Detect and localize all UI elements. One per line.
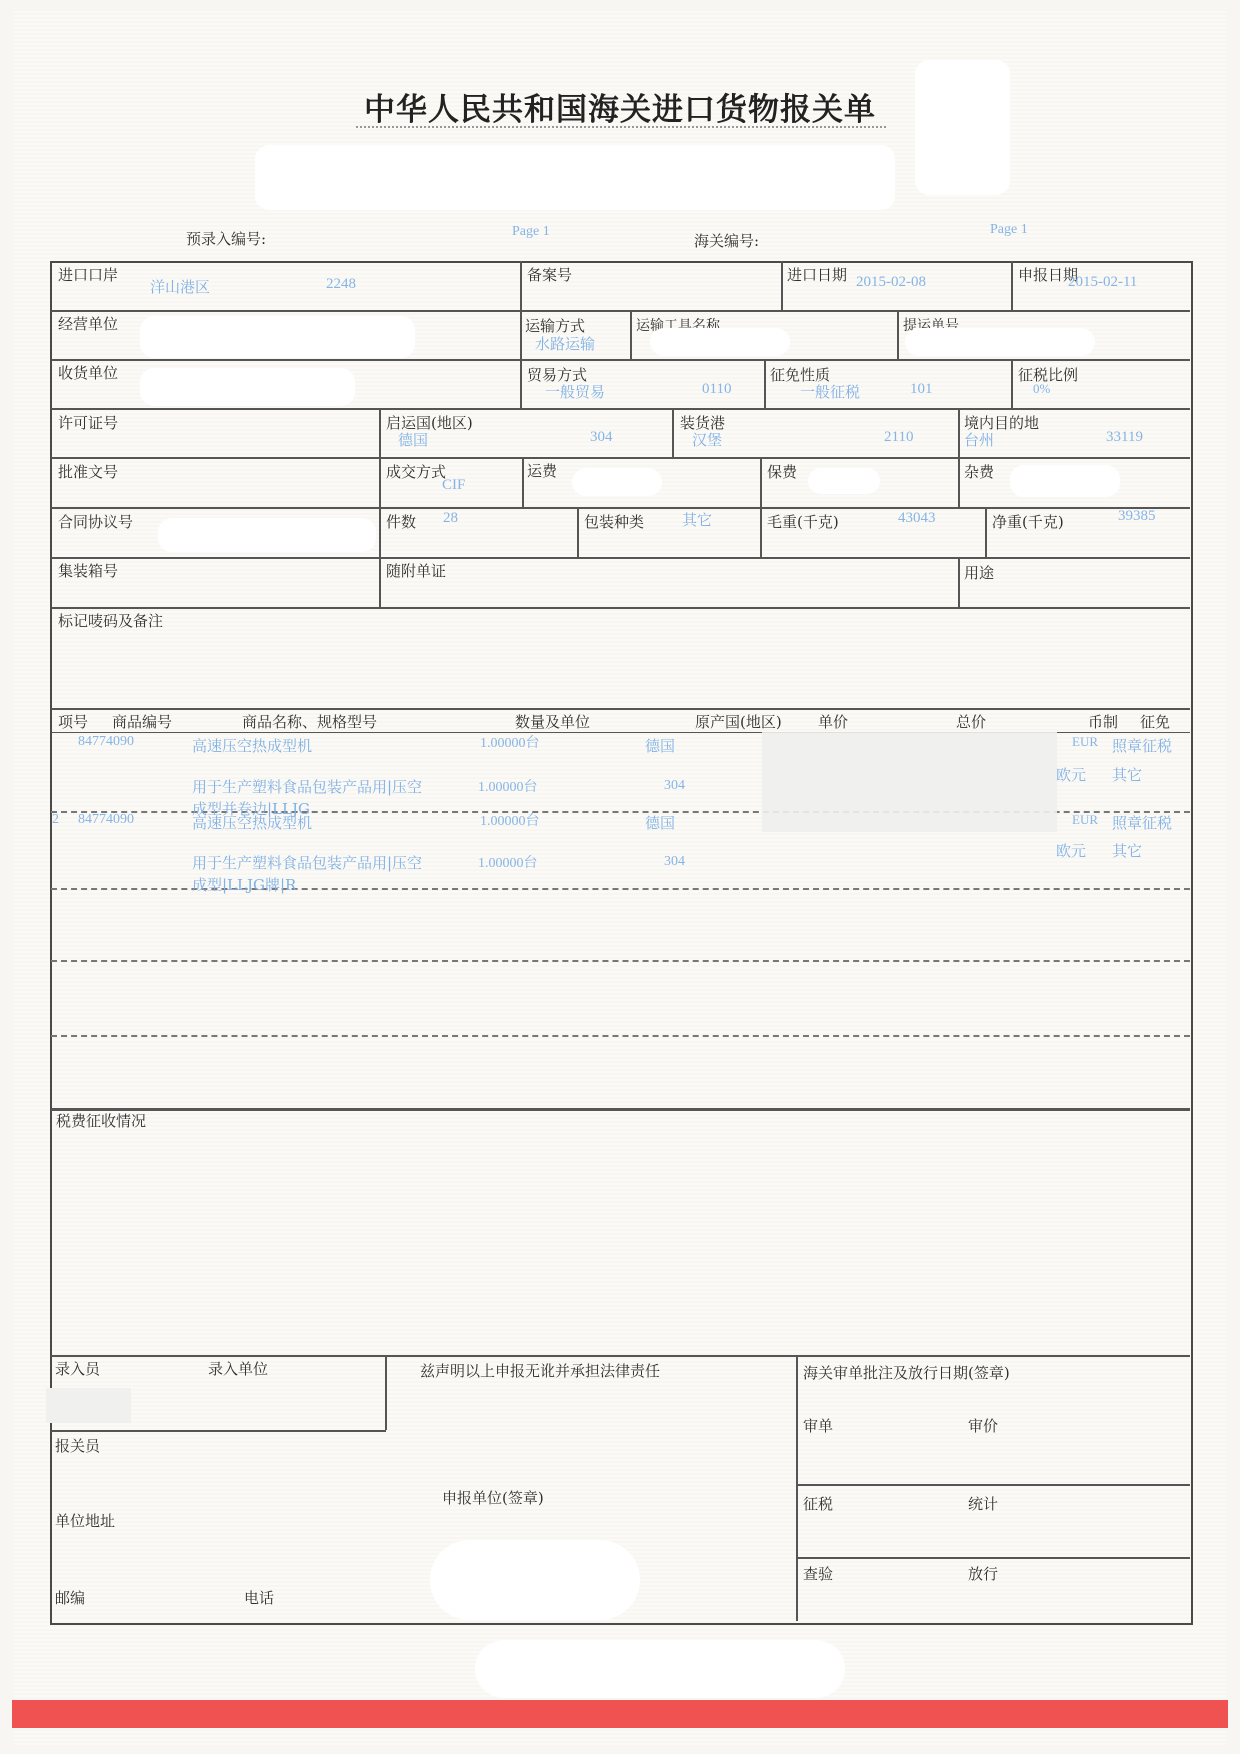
approval-no-label: 批准文号 <box>58 461 118 482</box>
insurance-label: 保费 <box>767 461 797 482</box>
col-divider <box>1011 261 1013 310</box>
trade-mode-value: 一般贸易 <box>545 381 605 402</box>
origin: 德国 <box>645 812 675 833</box>
quantity-2: 1.00000台 <box>478 776 538 796</box>
goods-spec: 用于生产塑料食品包装产品用|压空 <box>192 776 422 797</box>
col-divider <box>522 457 524 507</box>
redacted-freight <box>572 468 662 496</box>
redacted-block <box>915 60 1010 195</box>
redacted-consignee <box>140 368 355 406</box>
port-name: 洋山港区 <box>150 276 210 297</box>
packages-label: 件数 <box>386 511 416 532</box>
goods-row-divider <box>51 960 1190 962</box>
origin-country-code: 304 <box>590 429 613 446</box>
gross-weight-label: 毛重(千克) <box>767 511 839 532</box>
col-currency: 币制 <box>1088 711 1118 732</box>
redacted-entry-clerk <box>46 1388 131 1423</box>
title-underline <box>356 126 886 128</box>
destination-code: 33119 <box>1106 429 1143 446</box>
redacted-prices <box>762 732 1057 832</box>
col-divider <box>897 310 899 359</box>
declare-date-value: 2015-02-11 <box>1068 274 1137 291</box>
customs-no-label: 海关编号: <box>694 230 759 251</box>
currency-code: EUR <box>1072 734 1098 750</box>
goods-spec: 用于生产塑料食品包装产品用|压空 <box>192 852 422 873</box>
col-divider <box>385 1355 387 1430</box>
levy-nature-code: 101 <box>910 381 933 398</box>
origin-code: 304 <box>664 778 685 794</box>
license-no-label: 许可证号 <box>58 412 118 433</box>
currency: 欧元 <box>1056 840 1086 861</box>
port-code: 2248 <box>326 276 356 293</box>
declaration-text: 兹声明以上申报无讹并承担法律责任 <box>420 1360 660 1381</box>
freight-label: 运费 <box>527 460 557 481</box>
origin: 德国 <box>645 735 675 756</box>
redacted-contract <box>158 518 376 552</box>
row-divider <box>51 557 1190 559</box>
col-quantity: 数量及单位 <box>515 711 590 732</box>
misc-fee-label: 杂费 <box>964 461 994 482</box>
col-total-price: 总价 <box>956 711 986 732</box>
documents-label: 随附单证 <box>386 560 446 581</box>
goods-name: 高速压空热成型机 <box>192 735 312 756</box>
row-divider <box>51 457 1190 459</box>
hs-code: 84774090 <box>78 812 134 828</box>
row-divider <box>51 1108 1190 1111</box>
col-divider <box>577 507 579 557</box>
taxation-label: 征税 <box>803 1493 833 1514</box>
redacted-bol <box>905 328 1095 356</box>
redacted-block <box>475 1640 845 1698</box>
goods-name: 高速压空热成型机 <box>192 812 312 833</box>
origin-country-value: 德国 <box>398 429 428 450</box>
levy-2: 其它 <box>1112 764 1142 785</box>
release-label: 放行 <box>968 1563 998 1584</box>
deal-mode-label: 成交方式 <box>386 461 446 482</box>
row-divider <box>796 1484 1190 1486</box>
address-label: 单位地址 <box>55 1510 115 1531</box>
packages-value: 28 <box>443 510 458 527</box>
row-divider <box>51 359 1190 361</box>
pre-entry-label: 预录入编号: <box>186 228 266 249</box>
currency-code: EUR <box>1072 812 1098 828</box>
row-divider <box>51 310 1190 312</box>
import-date-value: 2015-02-08 <box>856 274 926 291</box>
quantity-2: 1.00000台 <box>478 852 538 872</box>
col-divider <box>672 408 674 457</box>
broker-label: 报关员 <box>55 1435 100 1456</box>
usage-label: 用途 <box>964 562 994 583</box>
inspection-label: 查验 <box>803 1563 833 1584</box>
redacted-seal <box>430 1540 640 1620</box>
row-divider <box>51 1430 386 1432</box>
operator-label: 经营单位 <box>58 313 118 334</box>
levy: 照章征税 <box>1112 812 1172 833</box>
redacted-vessel <box>650 328 790 356</box>
col-divider <box>796 1355 798 1621</box>
col-divider <box>520 261 522 408</box>
tax-section-label: 税费征收情况 <box>56 1110 146 1131</box>
entry-unit-label: 录入单位 <box>208 1358 268 1379</box>
contract-no-label: 合同协议号 <box>58 511 133 532</box>
entry-clerk-label: 录入员 <box>55 1358 100 1379</box>
col-divider <box>760 507 762 557</box>
levy-nature-value: 一般征税 <box>800 381 860 402</box>
review-label: 审单 <box>803 1415 833 1436</box>
transport-mode-value: 水路运输 <box>535 333 595 354</box>
col-divider <box>781 261 783 310</box>
package-type-value: 其它 <box>682 509 712 530</box>
statistics-label: 统计 <box>968 1493 998 1514</box>
declarant-seal-label: 申报单位(签章) <box>442 1487 544 1508</box>
quantity: 1.00000台 <box>480 732 540 752</box>
levy-2: 其它 <box>1112 840 1142 861</box>
redacted-operator <box>140 316 415 358</box>
col-divider <box>958 557 960 607</box>
goods-row-divider <box>51 1035 1190 1037</box>
postcode-label: 邮编 <box>55 1587 85 1608</box>
loading-port-value: 汉堡 <box>692 429 722 450</box>
pricing-label: 审价 <box>968 1415 998 1436</box>
col-hs-code: 商品编号 <box>112 711 172 732</box>
col-divider <box>760 457 762 507</box>
red-stripe <box>12 1700 1228 1728</box>
redacted-misc-fee <box>1010 465 1120 497</box>
levy-ratio-value: 0% <box>1033 381 1050 397</box>
col-divider <box>1011 359 1013 408</box>
col-divider <box>764 359 766 408</box>
port-label: 进口口岸 <box>58 264 118 285</box>
col-levy: 征免 <box>1140 711 1170 732</box>
pre-entry-page: Page 1 <box>512 224 550 240</box>
container-no-label: 集装箱号 <box>58 560 118 581</box>
goods-spec-2: 成型|LLJG牌|R <box>192 874 296 895</box>
row-divider <box>51 607 1190 609</box>
row-divider <box>51 408 1190 410</box>
redacted-insurance <box>808 468 880 494</box>
deal-mode-value: CIF <box>442 477 465 494</box>
quantity: 1.00000台 <box>480 810 540 830</box>
col-goods-name: 商品名称、规格型号 <box>242 711 377 732</box>
redacted-block <box>255 145 895 210</box>
destination-value: 台州 <box>964 429 994 450</box>
customs-page: Page 1 <box>990 222 1028 238</box>
col-origin: 原产国(地区) <box>695 711 782 732</box>
hs-code: 84774090 <box>78 734 134 750</box>
package-type-label: 包装种类 <box>584 511 644 532</box>
gross-weight-value: 43043 <box>898 510 936 527</box>
marks-label: 标记唛码及备注 <box>58 610 163 631</box>
import-date-label: 进口日期 <box>787 264 847 285</box>
row-divider <box>51 1355 1190 1357</box>
col-item-no: 项号 <box>58 711 88 732</box>
col-divider <box>630 310 632 359</box>
loading-port-code: 2110 <box>884 429 913 446</box>
row-divider <box>51 507 1190 509</box>
net-weight-label: 净重(千克) <box>992 511 1064 532</box>
trade-mode-code: 0110 <box>702 381 731 398</box>
customs-approval-label: 海关审单批注及放行日期(签章) <box>803 1362 1010 1383</box>
levy: 照章征税 <box>1112 735 1172 756</box>
col-divider <box>958 408 960 457</box>
col-unit-price: 单价 <box>818 711 848 732</box>
phone-label: 电话 <box>244 1587 274 1608</box>
row-divider <box>51 708 1190 710</box>
document-title: 中华人民共和国海关进口货物报关单 <box>0 84 1240 129</box>
consignee-label: 收货单位 <box>58 362 118 383</box>
record-no-label: 备案号 <box>527 264 572 285</box>
col-divider <box>379 408 381 607</box>
currency: 欧元 <box>1056 764 1086 785</box>
col-divider <box>958 457 960 507</box>
col-divider <box>985 507 987 557</box>
net-weight-value: 39385 <box>1118 508 1156 525</box>
row-divider <box>796 1557 1190 1559</box>
origin-code: 304 <box>664 854 685 870</box>
item-no: 2 <box>52 812 59 828</box>
